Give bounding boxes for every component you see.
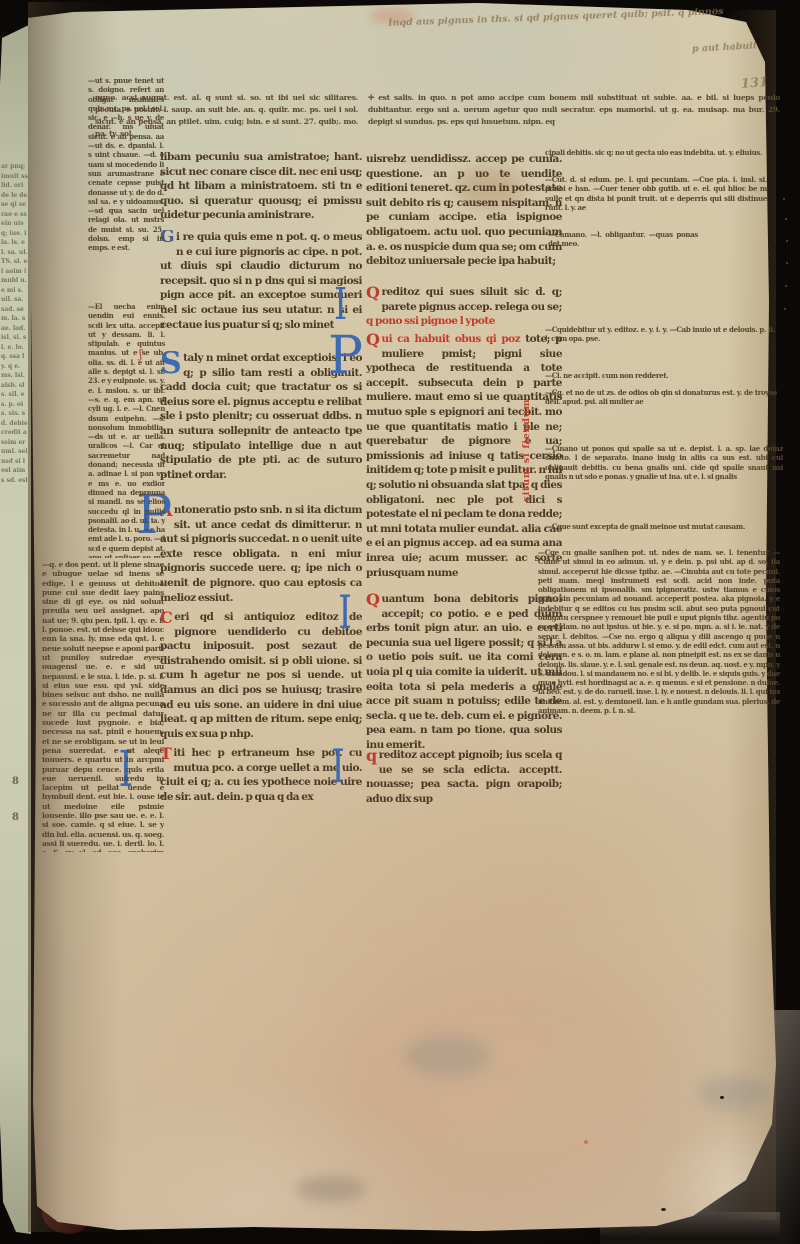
left-margin-gloss: —El uecba enim uendin eui ennis. scdi le… [88, 302, 165, 558]
initial-I-blue: I [338, 589, 352, 635]
stitch-dot [784, 308, 786, 310]
vertical-rubric: citum si fiendum [521, 332, 532, 502]
left-margin-gloss: —q. e dos pent. ut li plene sinae e ubug… [42, 560, 164, 852]
right-margin-gloss: —Cquidebitur ut y. editoz. e. y. i. y. —… [545, 325, 775, 355]
initial-Q-red: Q [366, 592, 379, 607]
body-text: reditoz accept pignoib; ius scela q ue s… [366, 749, 562, 805]
initial-Q-red: Q [366, 285, 379, 300]
right-col-paragraph: Quantum bona debitoris pignoi accepit; c… [366, 592, 562, 748]
body-text: libam pecuniu sua amistratoe; hant. sicu… [160, 151, 362, 221]
initial-Q-red: Q [366, 332, 379, 347]
right-margin-gloss: cipali debitis. sic q; no ut gecta uio e… [545, 148, 763, 172]
body-text: ntoneratio psto snb. n si ita dictum sit… [160, 504, 362, 604]
body-text: uantum bona debitoris pignoi accepit; co… [366, 593, 562, 748]
red-speck [584, 1140, 588, 1144]
under-pages-edge: ar pnq; imuit sslid. ori de le de se qi … [0, 24, 31, 1234]
margin-doodle: 8 [12, 812, 19, 823]
right-col-paragraph: Qreditoz qui sues siluit sic d. q; paret… [366, 285, 562, 332]
upper-gloss-right: ✛ est salis. in quo. n pot amo accipe cu… [368, 92, 780, 146]
right-margin-gloss: —Cut. d. si edum. pe. l. qui pecuniam. —… [545, 175, 767, 225]
stitch-dot [783, 198, 785, 200]
body-text: reditoz qui sues siluit sic d. q; parete… [381, 286, 562, 313]
left-col-paragraph: libam pecuniu sua amistratoe; hant. sicu… [160, 150, 362, 230]
dark-speck [720, 1096, 724, 1099]
right-margin-gloss: —Cinano ut ponos qui spalle sa ut e. dep… [545, 444, 783, 506]
right-margin-gloss: —Cl. ne accipit. cum non redderet. [545, 371, 760, 383]
rubric-text: q pono ssi pignoe l ypote [366, 315, 495, 327]
right-margin-gloss: —Cque sunt excepta de gnali meinoe ust m… [545, 522, 783, 542]
left-col-paragraph: Antoneratio psto snb. n si ita dictum si… [160, 503, 362, 610]
body-text: uisrebz uendidissz. accep pe cunia. ques… [366, 153, 562, 267]
initial-q-red: q [366, 748, 377, 763]
body-text: i re quia quis eme n pot. q. o meus n e … [160, 231, 362, 331]
stitch-dot [785, 218, 787, 220]
right-col-paragraph: Qui ca habuit obus qi poz tote; p mulier… [366, 332, 562, 592]
initial-P-blue: P [328, 330, 363, 382]
main-column-right: uisrebz uendidissz. accep pe cunia. ques… [366, 152, 562, 824]
right-margin-gloss: —Cq. et no de ut zs. de odios ob qin si … [545, 388, 777, 418]
left-margin-gloss: —ut s. pnue tenet ut s. doigno. refert a… [88, 76, 164, 300]
right-margin-gloss: —Cqe cu gnalie sanlhen pot. ut. ndes de … [538, 548, 780, 862]
body-text: tote; p muliere pmist; pigni siue ypothe… [366, 333, 562, 579]
initial-I-blue: I [334, 283, 347, 327]
body-text: eri qd si antiquioz editoz de pignore ue… [160, 611, 362, 740]
margin-doodle: 8 [12, 776, 19, 787]
stitch-dot [785, 285, 787, 287]
initial-I-blue: I [331, 743, 345, 789]
right-col-paragraph: uisrebz uendidissz. accep pe cunia. ques… [366, 152, 562, 285]
stitch-dot [786, 240, 788, 242]
rubric-text: ui ca habuit obus qi poz [381, 333, 525, 345]
previous-page-text-fragment: ar pnq; imuit sslid. ori de le de se qi … [1, 162, 28, 802]
stitch-dot [786, 262, 788, 264]
main-column-left: libam pecuniu sua amistratoe; hant. sicu… [160, 150, 362, 822]
manuscript-photo: ar pnq; imuit sslid. ori de le de se qi … [0, 0, 800, 1244]
left-col-paragraph: Ceri qd si antiquioz editoz de pignore u… [160, 610, 362, 746]
dark-speck [661, 1208, 666, 1211]
right-margin-gloss: —Camano. —l. obligantur. —quas ponas det… [548, 230, 698, 260]
folio-number: 131 [741, 75, 769, 92]
right-col-paragraph: qreditoz accept pignoib; ius scela q ue … [366, 748, 562, 824]
